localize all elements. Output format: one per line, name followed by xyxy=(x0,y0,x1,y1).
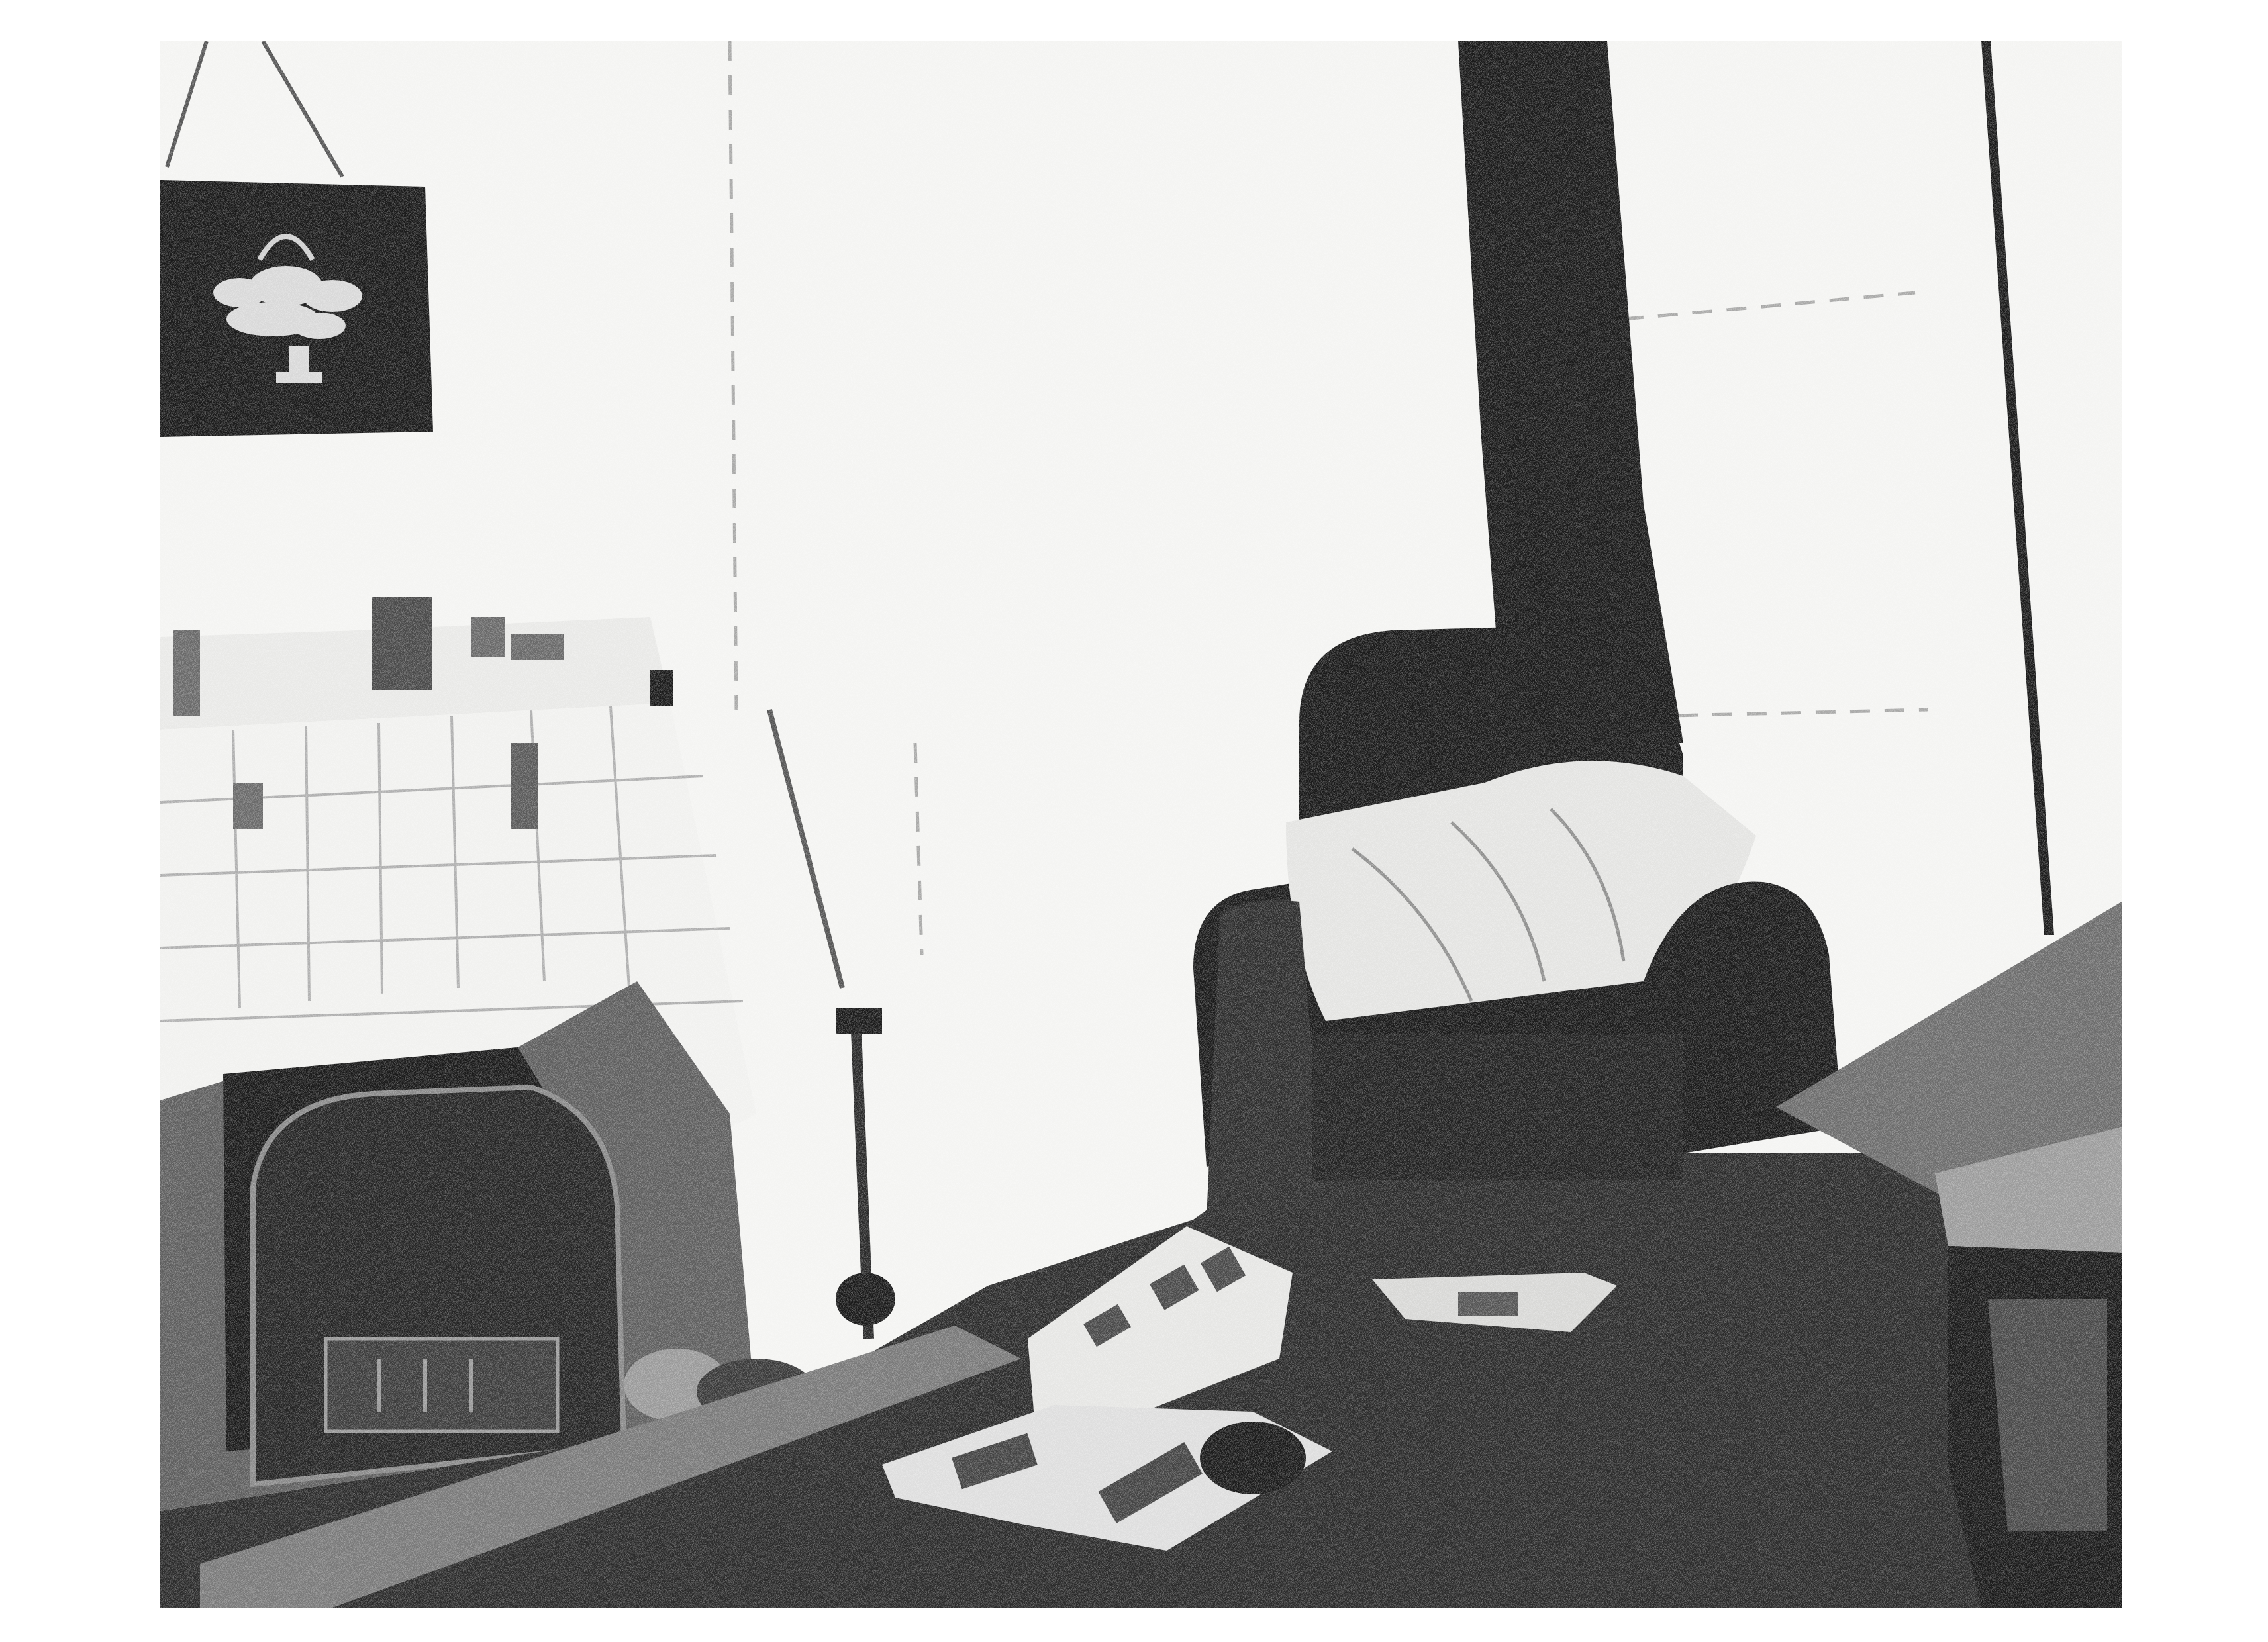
halftone-grain xyxy=(160,41,2122,1608)
room-photograph xyxy=(160,41,2122,1608)
photo-canvas xyxy=(160,41,2122,1608)
